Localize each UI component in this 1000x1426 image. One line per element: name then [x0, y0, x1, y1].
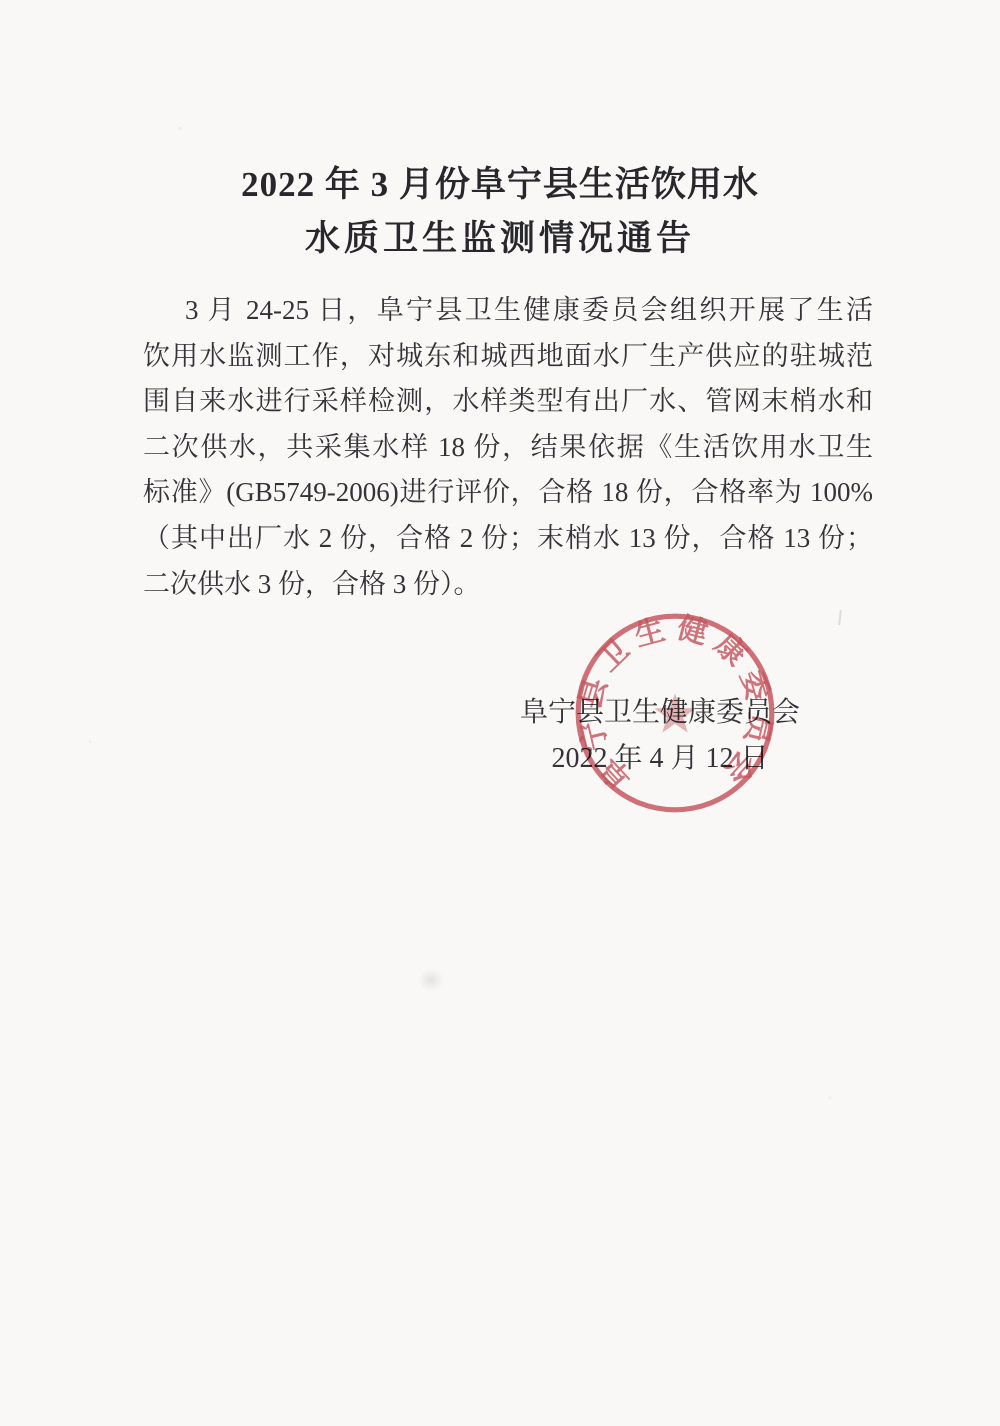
signature-date: 2022 年 4 月 12 日 — [480, 736, 840, 782]
signature-block: 阜宁县卫生健康委员会 2022 年 4 月 12 日 — [480, 690, 840, 782]
body-line: 围自来水进行采样检测，水样类型有出厂水、管网末梢水和 — [143, 379, 873, 425]
page-title: 2022 年 3 月份阜宁县生活饮用水 水质卫生监测情况通告 — [0, 158, 1000, 266]
signature-organization: 阜宁县卫生健康委员会 — [480, 690, 840, 736]
body-line: 3 月 24-25 日，阜宁县卫生健康委员会组织开展了生活 — [143, 288, 873, 334]
title-line-2: 水质卫生监测情况通告 — [0, 212, 1000, 266]
document-page: 2022 年 3 月份阜宁县生活饮用水 水质卫生监测情况通告 3 月 24-25… — [0, 0, 1000, 1426]
body-paragraph: 3 月 24-25 日，阜宁县卫生健康委员会组织开展了生活 饮用水监测工作，对城… — [143, 288, 873, 607]
body-line: 标准》(GB5749-2006)进行评价，合格 18 份，合格率为 100% — [143, 470, 873, 516]
scan-artifact — [418, 968, 444, 992]
scan-artifact — [838, 610, 842, 625]
title-line-1: 2022 年 3 月份阜宁县生活饮用水 — [0, 158, 1000, 212]
body-line: （其中出厂水 2 份，合格 2 份；末梢水 13 份，合格 13 份； — [143, 516, 873, 562]
body-line: 二次供水，共采集水样 18 份，结果依据《生活饮用水卫生 — [143, 425, 873, 471]
body-line: 二次供水 3 份，合格 3 份）。 — [143, 562, 873, 608]
body-line: 饮用水监测工作，对城东和城西地面水厂生产供应的驻城范 — [143, 334, 873, 380]
